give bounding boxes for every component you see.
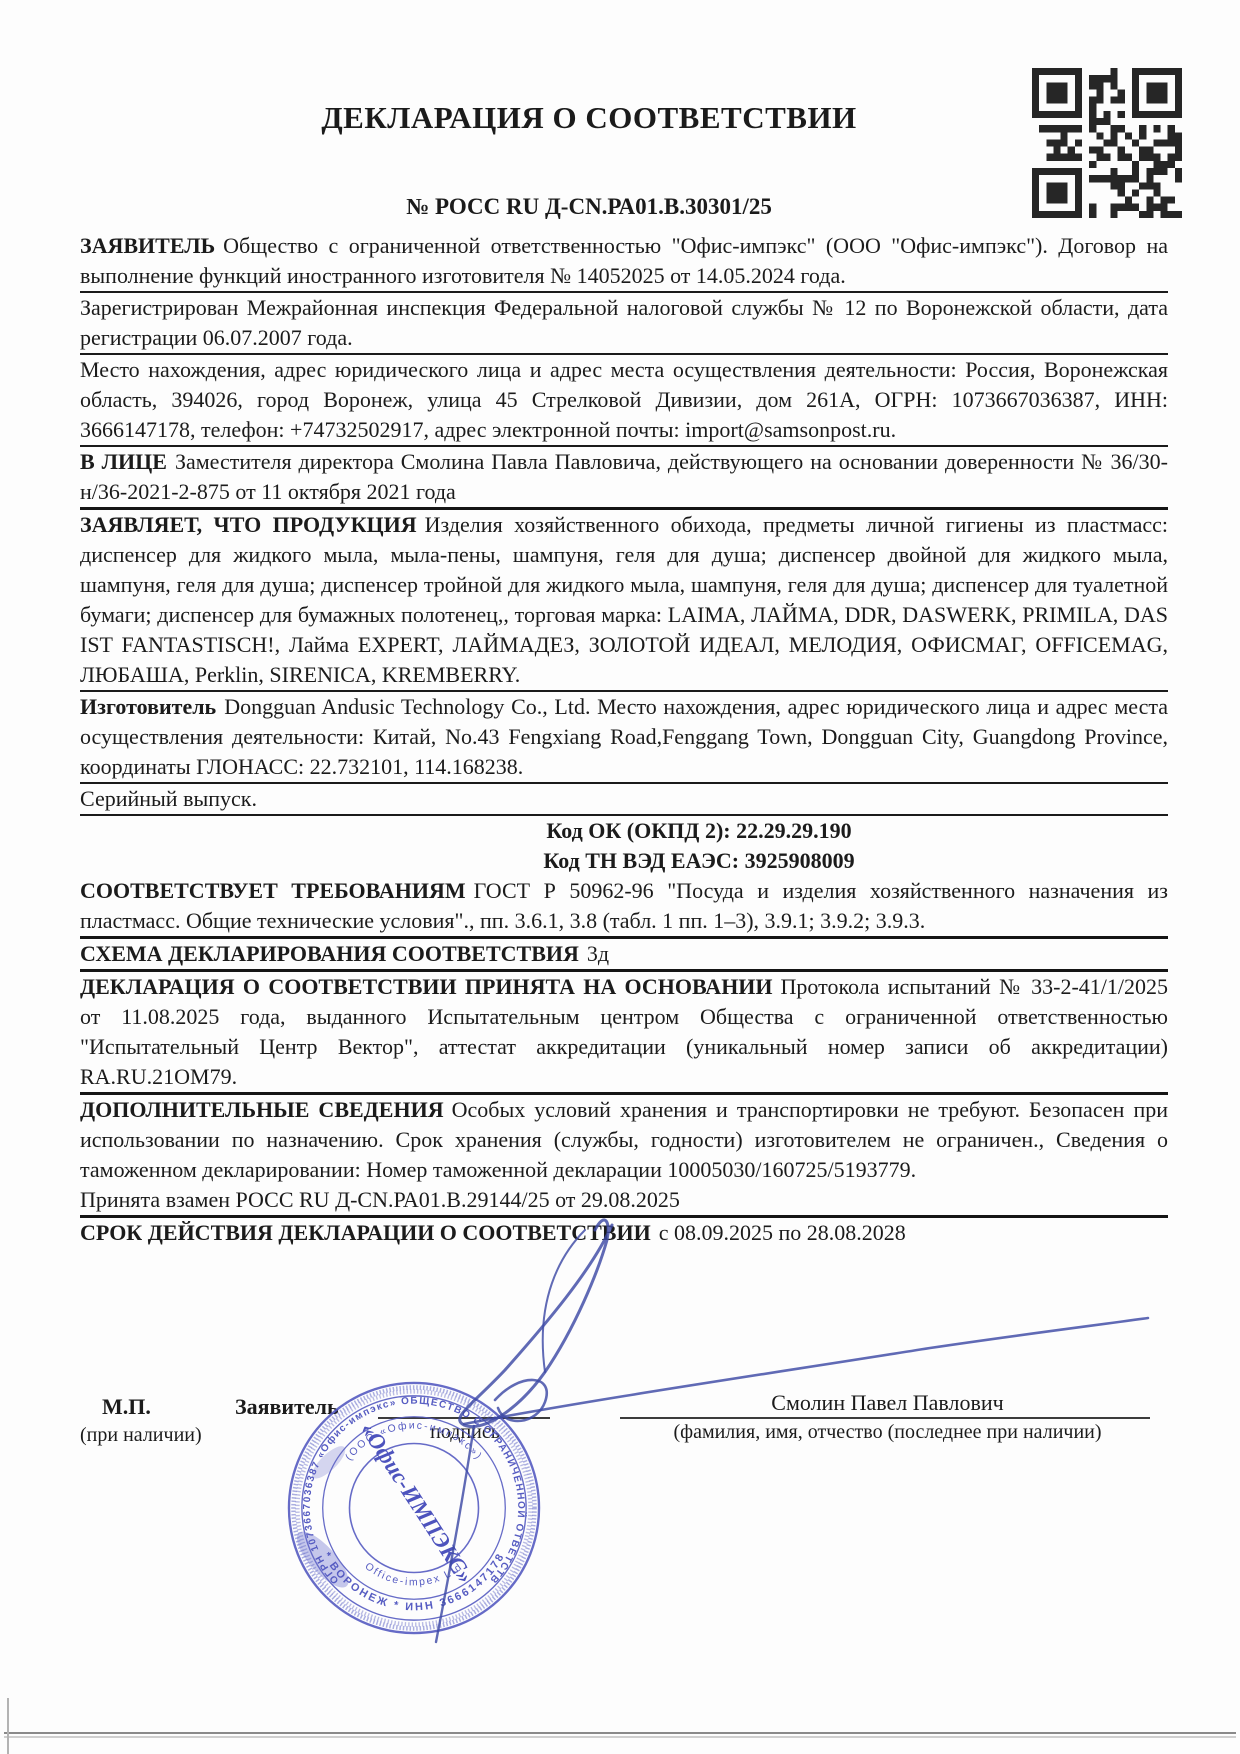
para-manufacturer: ИзготовительDongguan Andusic Technology … — [80, 692, 1168, 784]
para-okpd-code: Код ОК (ОКПД 2): 22.29.29.190 — [80, 816, 1168, 846]
para-serial-production: Серийный выпуск. — [80, 784, 1168, 816]
document-body: ЗАЯВИТЕЛЬОбщество с ограниченной ответст… — [80, 231, 1168, 1248]
company-stamp-icon: ОГРН 1073667036387 «Офис-импэкс» ОБЩЕСТВ… — [285, 1379, 543, 1637]
para-represented-by: В ЛИЦЕЗаместителя директора Смолина Павл… — [80, 447, 1168, 510]
para-tnved-code: Код ТН ВЭД ЕАЭС: 3925908009 — [80, 846, 1168, 876]
page-edge-shadow — [4, 1732, 1236, 1734]
para-scheme: СХЕМА ДЕКЛАРИРОВАНИЯ СООТВЕТСТВИЯ3д — [80, 939, 1168, 972]
document-content: ДЕКЛАРАЦИЯ О СООТВЕТСТВИИ № РОСС RU Д-CN… — [80, 0, 1168, 1248]
signature-block: М.П. (при наличии) Заявитель подпись Смо… — [80, 1390, 1168, 1460]
name-caption: (фамилия, имя, отчество (последнее при н… — [625, 1421, 1150, 1444]
mp-note: (при наличии) — [80, 1424, 202, 1447]
document-title: ДЕКЛАРАЦИЯ О СООТВЕТСТВИИ — [80, 96, 1098, 140]
document-number: № РОСС RU Д-CN.РА01.В.30301/25 — [80, 193, 1098, 221]
para-requirements: СООТВЕТСТВУЕТ ТРЕБОВАНИЯМГОСТ Р 50962-96… — [80, 876, 1168, 939]
declarant-name: Смолин Павел Павлович — [625, 1390, 1150, 1416]
document-header: ДЕКЛАРАЦИЯ О СООТВЕТСТВИИ № РОСС RU Д-CN… — [80, 96, 1168, 221]
para-replaces: Принята взамен РОСС RU Д-CN.РА01.В.29144… — [80, 1185, 1168, 1218]
para-address: Место нахождения, адрес юридического лиц… — [80, 355, 1168, 447]
mp-label: М.П. — [102, 1394, 151, 1420]
declaration-document: ДЕКЛАРАЦИЯ О СООТВЕТСТВИИ № РОСС RU Д-CN… — [0, 0, 1240, 1754]
para-applicant: ЗАЯВИТЕЛЬОбщество с ограниченной ответст… — [80, 231, 1168, 293]
page-edge-left-mark — [7, 1698, 9, 1754]
name-line — [620, 1417, 1150, 1419]
para-products: ЗАЯВЛЯЕТ, ЧТО ПРОДУКЦИЯИзделия хозяйстве… — [80, 510, 1168, 692]
para-additional-info: ДОПОЛНИТЕЛЬНЫЕ СВЕДЕНИЯОсобых условий хр… — [80, 1095, 1168, 1185]
para-validity: СРОК ДЕЙСТВИЯ ДЕКЛАРАЦИИ О СООТВЕТСТВИИс… — [80, 1218, 1168, 1248]
page-edge-shadow-light — [4, 1736, 1236, 1738]
para-registration: Зарегистрирован Межрайонная инспекция Фе… — [80, 293, 1168, 355]
para-basis: ДЕКЛАРАЦИЯ О СООТВЕТСТВИИ ПРИНЯТА НА ОСН… — [80, 972, 1168, 1095]
